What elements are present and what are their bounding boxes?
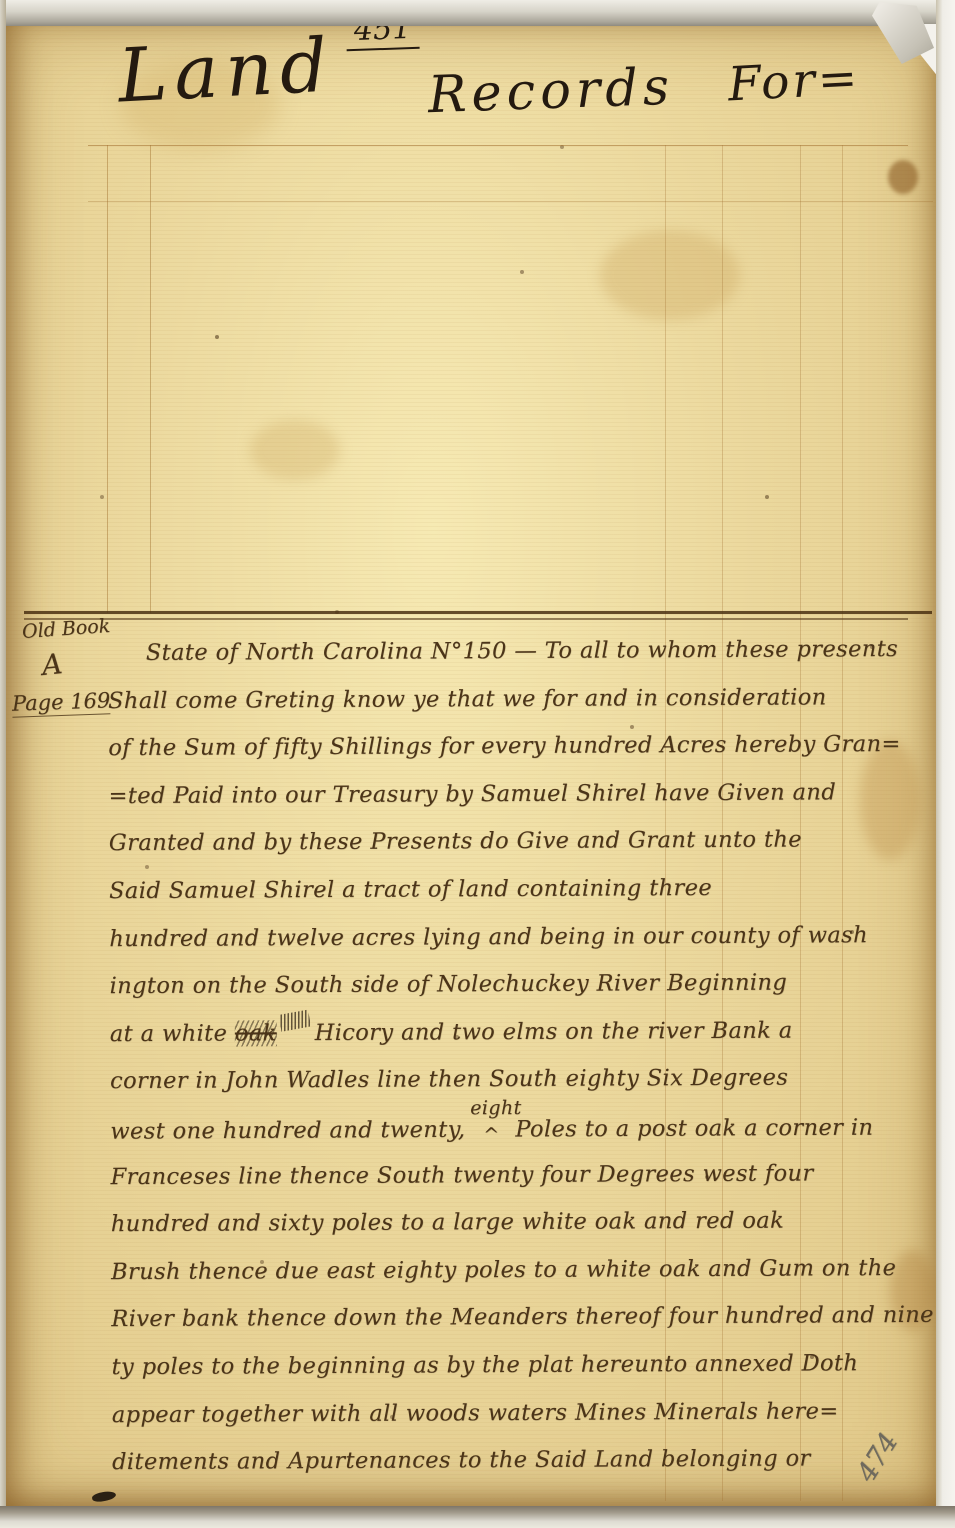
grid-horizontal-rule [88,201,933,202]
stain [600,230,740,320]
deed-text: corner in John Wadles line then South ei… [110,1065,788,1095]
stain [250,420,340,480]
deed-text: Said Samuel Shirel a tract of land conta… [109,875,712,904]
deed-text: =ted Paid into our Treasury by Samuel Sh… [109,779,837,809]
deed-text: Poles to a post oak a corner in [515,1115,873,1143]
margin-book-letter: A [40,647,64,682]
deed-text: Granted and by these Presents do Give an… [109,827,802,857]
deed-text: ty poles to the beginning as by the plat… [112,1350,859,1380]
caret-mark: ^ [483,1124,499,1146]
stain [888,160,918,194]
deed-text-block: State of North Carolina N°150 — To all t… [108,636,924,1497]
page-right-edge [936,0,955,1528]
deed-line: Shall come Greting know ye that we for a… [108,683,920,735]
deed-line: Granted and by these Presents do Give an… [109,826,921,878]
deed-text: Franceses line thence South twenty four … [111,1160,814,1190]
margin-page-number: Page 169 [12,688,111,717]
grid-left-margin-rule [150,145,151,613]
deed-line: west one hundred and twenty,eight^Poles … [110,1112,922,1164]
deed-text: of the Sum of fifty Shillings for every … [108,731,901,761]
deed-text: hundred and sixty poles to a large white… [111,1208,784,1238]
deed-line: ty poles to the beginning as by the plat… [112,1350,924,1402]
struck-word: oak [235,1020,277,1046]
header-word-for: For= [727,51,862,113]
scanned-ledger-page: 451 Land Records For= Old Book A Page 16… [0,0,955,1528]
deed-text: Hicory and two elms on the river Bank a [315,1017,793,1046]
inserted-word: eight^ [465,1114,515,1137]
page-bottom-edge [0,1506,955,1528]
grid-top-rule [88,145,908,146]
deed-line: River bank thence down the Meanders ther… [111,1302,923,1354]
grid-left-margin-rule [107,145,108,613]
deed-text: hundred and twelve acres lying and being… [109,922,868,952]
paper-speckles [6,26,8,28]
deed-line: hundred and sixty poles to a large white… [111,1207,923,1259]
deed-line: State of North Carolina N°150 — To all t… [108,636,920,688]
header-word-land: Land [116,22,337,119]
deed-text: west one hundred and twenty, [110,1117,465,1145]
deed-line: ington on the South side of Nolechuckey … [110,969,922,1021]
header-word-records: Records [427,58,675,126]
deed-line: hundred and twelve acres lying and being… [109,921,921,973]
deed-line: Brush thence due east eighty poles to a … [111,1255,923,1307]
deed-line: of the Sum of fifty Shillings for every … [108,731,920,783]
deed-text: River bank thence down the Meanders ther… [111,1302,934,1332]
deed-line: =ted Paid into our Treasury by Samuel Sh… [109,779,921,831]
page-left-edge [0,0,6,1528]
entry-divider-rule [24,618,908,620]
deed-text: appear together with all woods waters Mi… [112,1398,839,1428]
deed-text: ditements and Apurtenances to the Said L… [112,1446,811,1476]
deed-text: State of North Carolina N°150 — To all t… [146,636,898,666]
deed-text: ington on the South side of Nolechuckey … [110,970,788,1000]
insert-text: eight [470,1097,521,1119]
page-top-edge [0,0,955,26]
deed-line: Said Samuel Shirel a tract of land conta… [109,874,921,926]
deed-line: ditements and Apurtenances to the Said L… [112,1445,924,1497]
deed-line: appear together with all woods waters Mi… [112,1397,924,1449]
deed-text: at a white [110,1020,235,1047]
deed-text: Brush thence due east eighty poles to a … [111,1255,896,1285]
entry-divider-rule [24,611,932,614]
deed-line: Franceses line thence South twenty four … [111,1159,923,1211]
deed-line: at a white oakHicory and two elms on the… [110,1017,922,1069]
deed-text: Shall come Greting know ye that we for a… [108,684,827,714]
